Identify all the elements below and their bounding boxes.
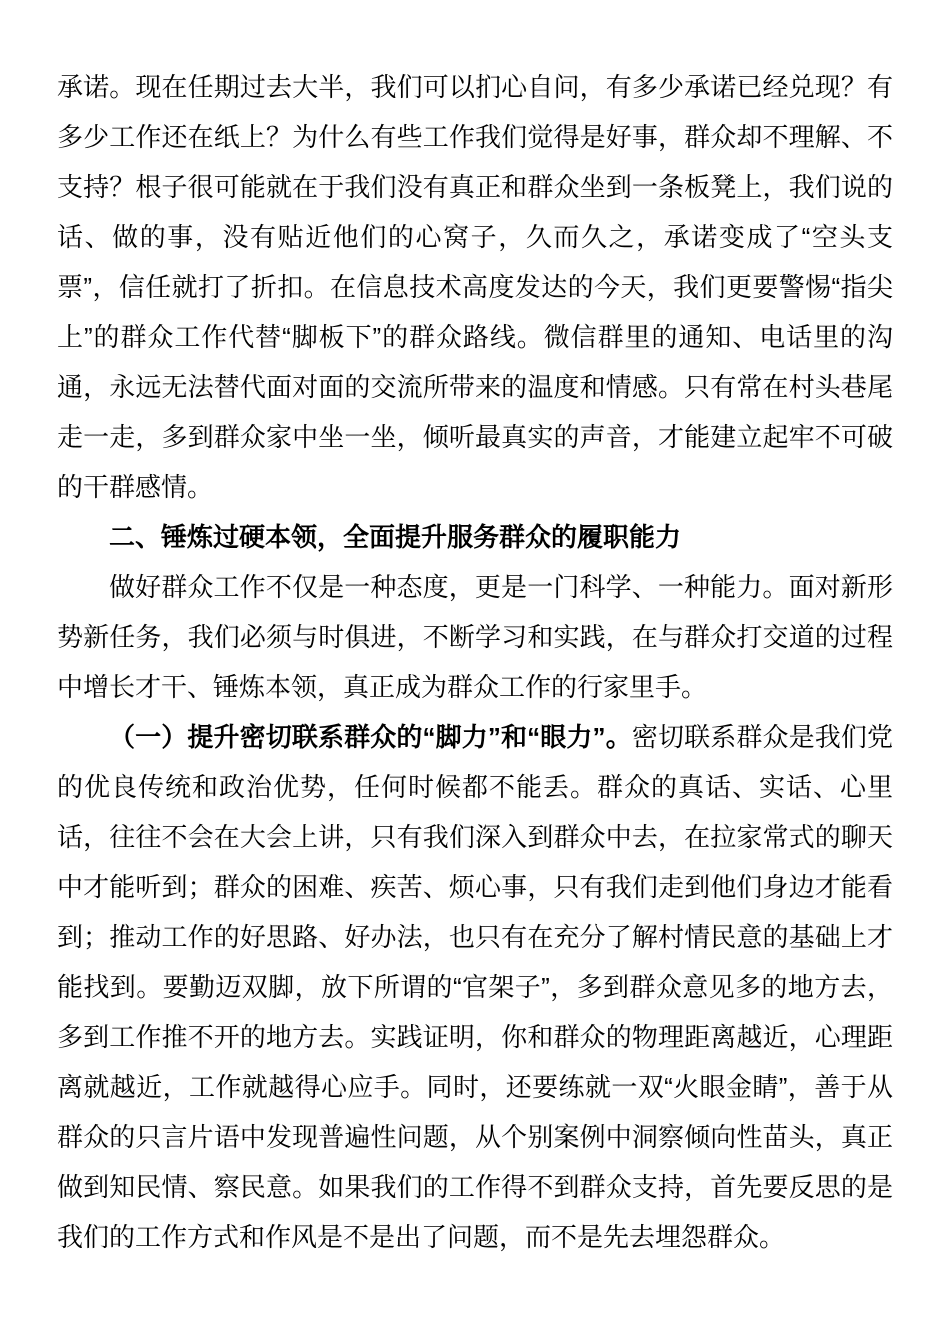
text-run: 密切联系群众是我们党的优良传统和政治优势，任何时候都不能丢。群众的真话、实话、心… bbox=[57, 722, 893, 1252]
text-run: 承诺。现在任期过去大半，我们可以扪心自问，有多少承诺已经兑现？有多少工作还在纸上… bbox=[57, 72, 893, 502]
section-heading: 二、锤炼过硬本领，全面提升服务群众的履职能力 bbox=[57, 512, 893, 562]
point-one-lead-run: （一）提升密切联系群众的“脚力”和“眼力”。 bbox=[109, 722, 632, 752]
paragraph-continuation: 承诺。现在任期过去大半，我们可以扪心自问，有多少承诺已经兑现？有多少工作还在纸上… bbox=[57, 62, 893, 512]
document-page: 承诺。现在任期过去大半，我们可以扪心自问，有多少承诺已经兑现？有多少工作还在纸上… bbox=[0, 0, 950, 1344]
section-heading-text: 二、锤炼过硬本领，全面提升服务群众的履职能力 bbox=[109, 522, 681, 552]
text-run: 做好群众工作不仅是一种态度，更是一门科学、一种能力。面对新形势新任务，我们必须与… bbox=[57, 572, 893, 702]
paragraph-point-one: （一）提升密切联系群众的“脚力”和“眼力”。密切联系群众是我们党的优良传统和政治… bbox=[57, 712, 893, 1262]
paragraph-section-intro: 做好群众工作不仅是一种态度，更是一门科学、一种能力。面对新形势新任务，我们必须与… bbox=[57, 562, 893, 712]
